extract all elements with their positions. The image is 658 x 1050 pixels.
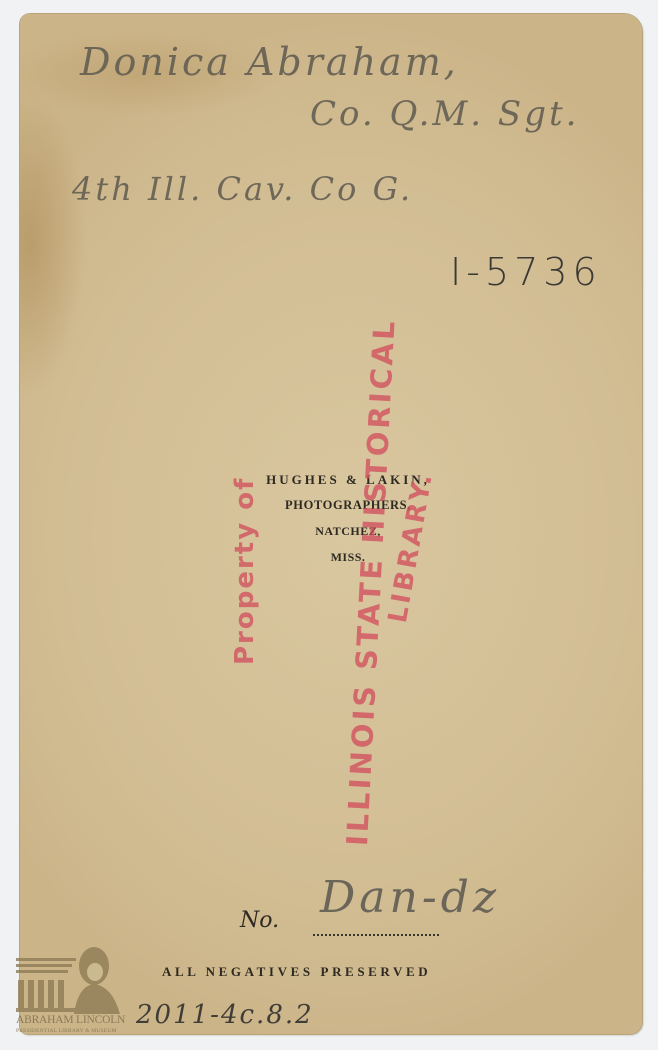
studio-occupation: PHOTOGRAPHERS,	[148, 498, 548, 513]
library-watermark-logo: ABRAHAM LINCOLN PRESIDENTIAL LIBRARY & M…	[16, 940, 128, 1040]
handwritten-name: Donica Abraham,	[80, 40, 459, 84]
lincoln-portrait-icon	[16, 940, 128, 1014]
catalog-number: I-5736	[450, 250, 602, 294]
handwritten-number-entry: Dan-dz	[320, 872, 500, 923]
studio-city: NATCHEZ,	[148, 524, 548, 539]
accession-number: 2011-4c.8.2	[136, 1000, 314, 1030]
stamp-property-of: Property of	[230, 477, 260, 665]
handwritten-rank: Co. Q.M. Sgt.	[310, 94, 579, 134]
handwritten-unit: 4th Ill. Cav. Co G.	[72, 170, 413, 208]
number-label: No.	[240, 908, 279, 933]
studio-name: HUGHES & LAKIN,	[148, 472, 548, 488]
watermark-title: ABRAHAM LINCOLN	[16, 1014, 125, 1026]
watermark-subtitle: PRESIDENTIAL LIBRARY & MUSEUM	[16, 1028, 117, 1034]
number-dotted-line	[313, 934, 439, 936]
negatives-preserved-footer: ALL NEGATIVES PRESERVED	[162, 964, 431, 980]
studio-state: MISS.	[148, 550, 548, 565]
